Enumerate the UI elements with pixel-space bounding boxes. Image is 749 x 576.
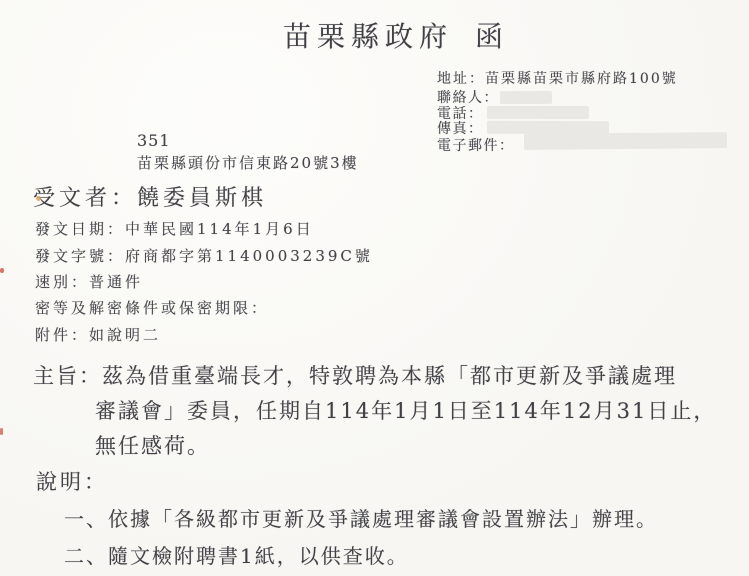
recipient-postal-block: 351 苗栗縣頭份市信東路20號3樓 bbox=[137, 131, 359, 173]
recipient-postal-code: 351 bbox=[137, 131, 359, 150]
recipient-address: 苗栗縣頭份市信東路20號3樓 bbox=[137, 152, 359, 173]
redaction-email bbox=[524, 132, 727, 150]
description-item-2: 二、隨文檢附聘書1紙，以供查收。 bbox=[64, 540, 409, 569]
sender-address-label: 地址： bbox=[437, 71, 485, 87]
subject-line-1: 主旨：茲為借重臺端長才，特敦聘為本縣「都市更新及爭議處理 bbox=[33, 360, 677, 390]
sender-email-label: 電子郵件： bbox=[437, 138, 515, 154]
subject-line-2: 審議會」委員，任期自114年1月1日至114年12月31日止， bbox=[95, 395, 716, 425]
meta-attachment: 附件：如說明二 bbox=[35, 324, 161, 345]
document-type-label: 函 bbox=[475, 20, 509, 53]
meta-issue-date: 發文日期：中華民國114年1月6日 bbox=[35, 218, 314, 239]
meta-classification: 密等及解密條件或保密期限： bbox=[35, 297, 269, 318]
scan-artifact-amber-dot bbox=[36, 196, 41, 201]
sender-address-row: 地址：苗栗縣苗栗市縣府路100號 bbox=[437, 68, 678, 88]
scan-artifact-red-mark bbox=[0, 268, 4, 273]
scan-artifact-red-mark bbox=[0, 428, 3, 435]
sender-address-value: 苗栗縣苗栗市縣府路100號 bbox=[485, 71, 678, 87]
meta-reference-number: 發文字號：府商都字第1140003239C號 bbox=[35, 245, 373, 266]
redaction-contact-person bbox=[500, 91, 552, 104]
sender-email-row: 電子郵件： bbox=[437, 135, 515, 155]
document-title: 苗栗縣政府函 bbox=[283, 15, 509, 55]
subject-line-3: 無任感荷。 bbox=[95, 430, 210, 460]
recipient-line: 受文者：饒委員斯棋 bbox=[33, 181, 267, 212]
redaction-phone bbox=[487, 106, 589, 119]
meta-priority: 速別：普通件 bbox=[35, 271, 143, 292]
redaction-fax bbox=[487, 121, 609, 135]
issuing-org-name: 苗栗縣政府 bbox=[283, 20, 453, 53]
description-item-1: 一、依據「各級都市更新及爭議處理審議會設置辦法」辦理。 bbox=[64, 503, 658, 532]
description-heading: 說明： bbox=[36, 466, 108, 496]
scanned-letter-page: 苗栗縣政府函 地址：苗栗縣苗栗市縣府路100號 聯絡人： 電話： 傳真： 電子郵… bbox=[0, 0, 749, 576]
